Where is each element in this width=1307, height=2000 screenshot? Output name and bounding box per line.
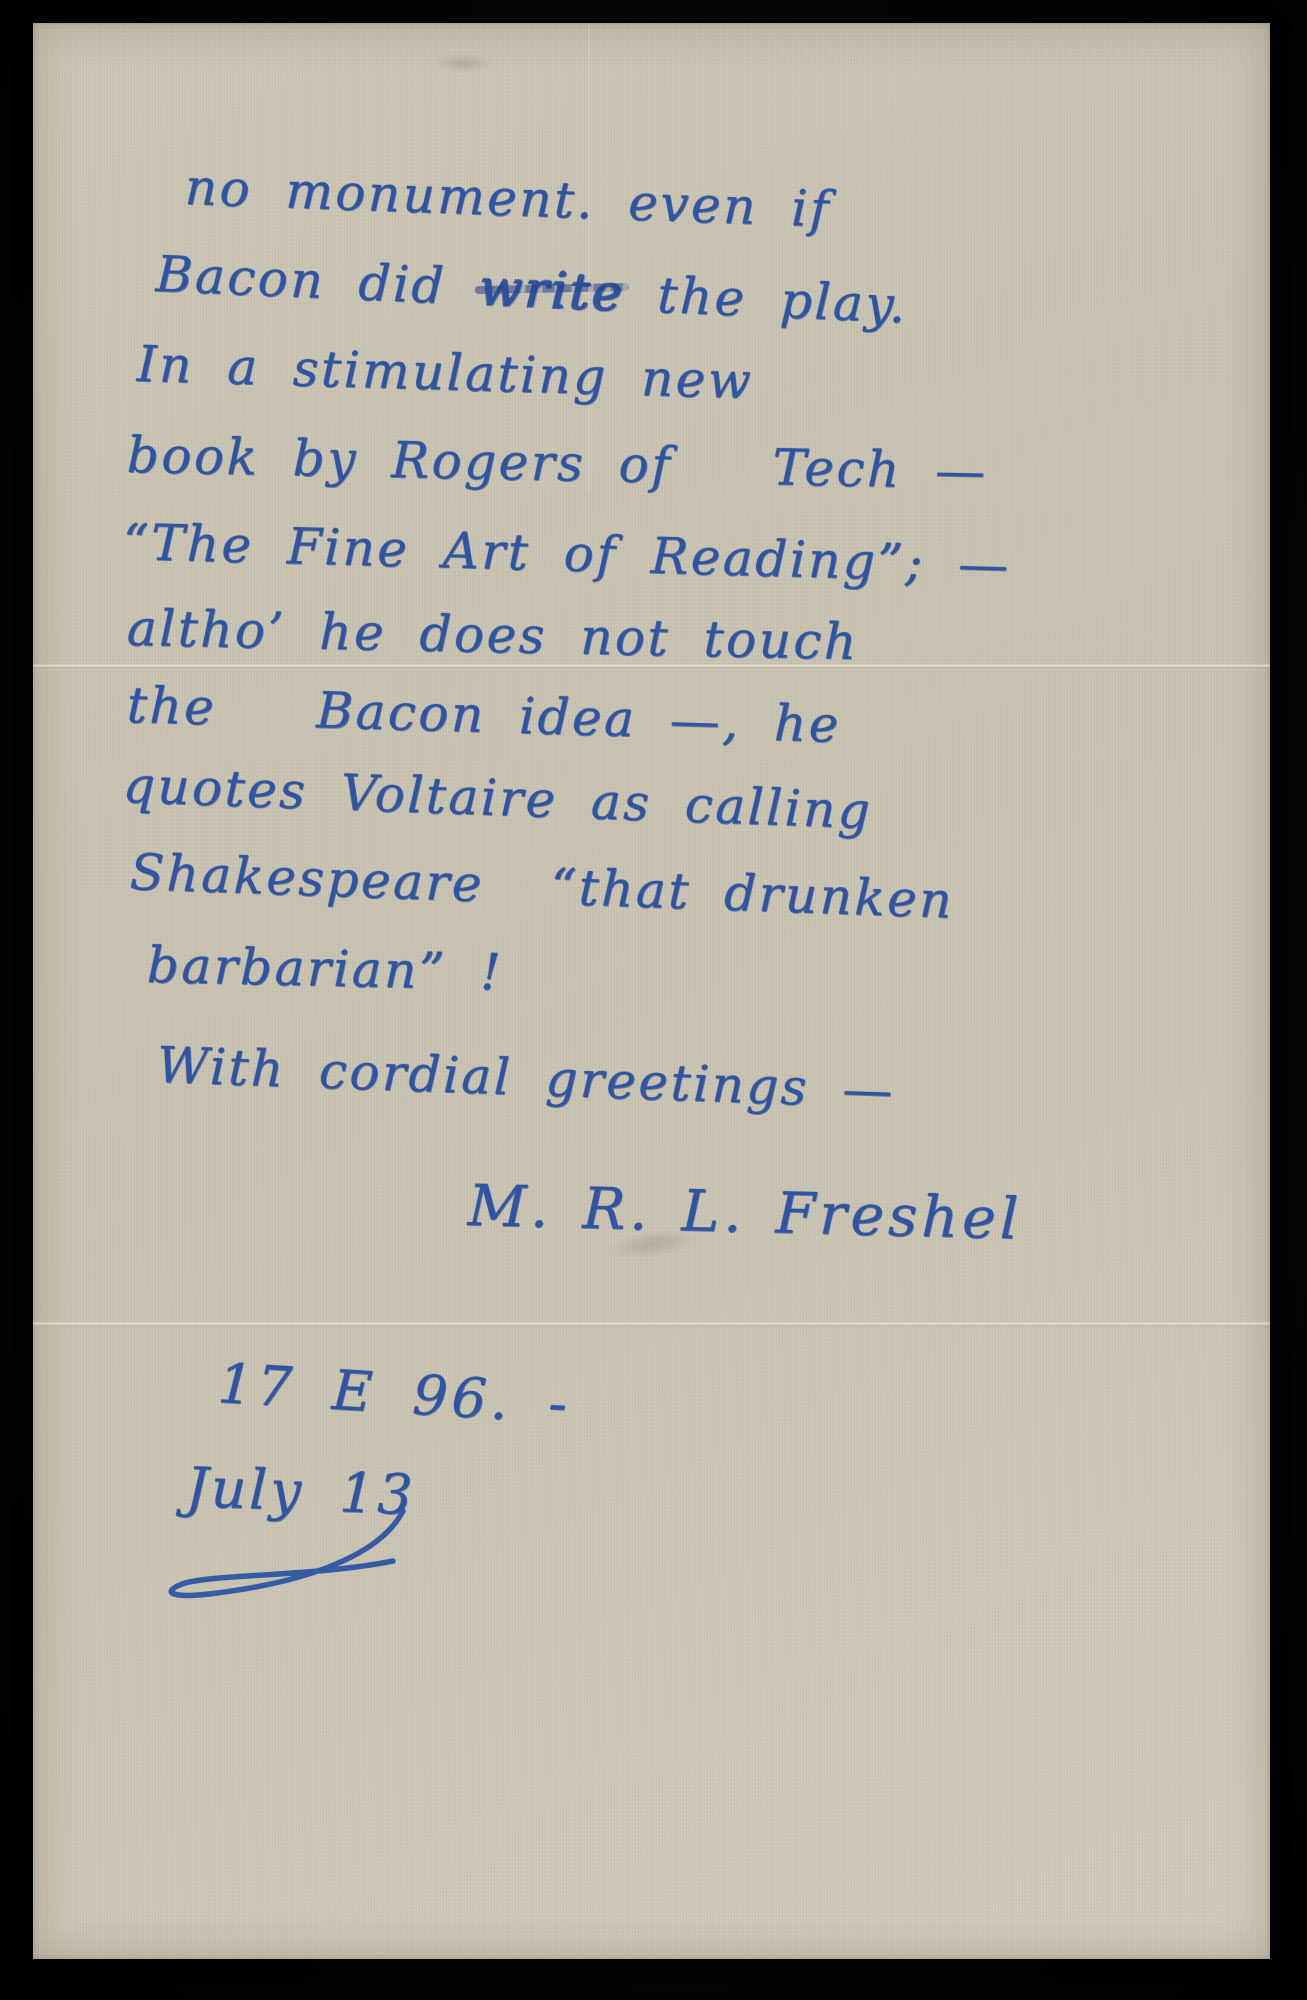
line-2-before: Bacon did — [155, 245, 481, 317]
line-2-after: the play. — [623, 265, 909, 335]
signature: M. R. L. Freshel — [467, 1173, 1023, 1253]
fold-crease-vertical — [587, 23, 591, 493]
date-underline-flourish — [151, 1505, 461, 1610]
address-line: 17 E 96. - — [216, 1351, 573, 1436]
fold-crease-lower — [33, 1321, 1270, 1327]
handwritten-line-4: book by Rogers of Tech — — [126, 426, 988, 501]
handwritten-line-10: barbarian” ! — [146, 936, 503, 1001]
handwritten-line-8: quotes Voltaire as calling — [122, 756, 873, 840]
handwritten-line-2: Bacon did write the play. — [155, 245, 909, 334]
overwritten-word: write — [478, 259, 625, 323]
handwritten-line-3: In a stimulating new — [136, 335, 754, 410]
handwritten-line-9: Shakespeare “that drunken — [129, 843, 955, 930]
handwritten-line-5: “The Fine Art of Reading”; — — [122, 513, 1011, 594]
letter-photo: no monument. even if Bacon did write the… — [0, 0, 1307, 2000]
handwritten-line-11: With cordial greetings — — [156, 1036, 896, 1120]
letter-paper: no monument. even if Bacon did write the… — [33, 23, 1270, 1959]
handwritten-line-7: the Bacon idea —, he — [126, 676, 842, 754]
handwritten-line-1: no monument. even if — [184, 158, 832, 239]
handwritten-line-6: altho’ he does not touch — [126, 599, 859, 671]
paper-smudge — [433, 53, 493, 73]
